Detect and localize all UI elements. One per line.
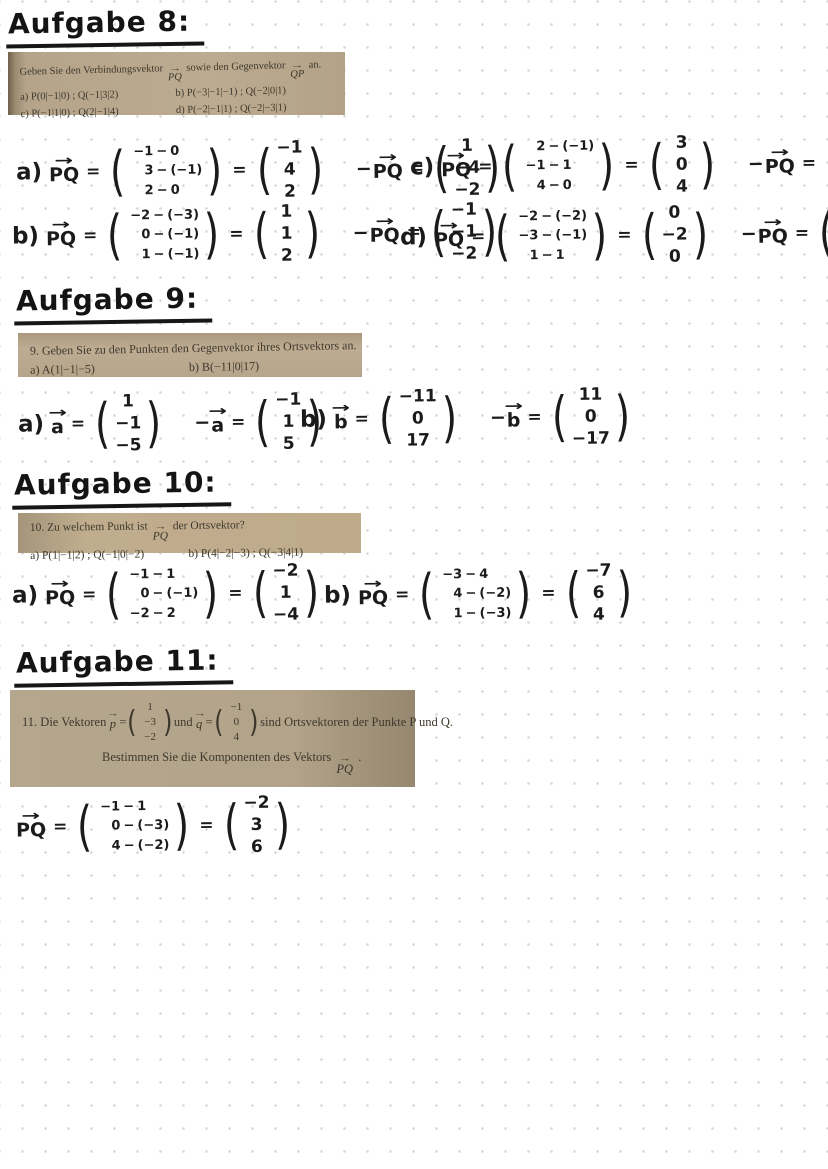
minus-operator: −: [546, 176, 563, 196]
minus-sign: −: [356, 158, 372, 180]
column-vector: (1−3−2): [126, 700, 173, 745]
computation-row: −3−4: [439, 565, 511, 585]
right-paren-icon: ): [174, 801, 190, 850]
minus-operator: −: [153, 142, 170, 162]
computation-row: 4−(−2): [98, 836, 170, 856]
subtrahend: 0: [170, 142, 198, 162]
subtrahend: (−2): [138, 836, 170, 856]
minus-sign: −: [748, 153, 764, 175]
minuend: 1: [127, 245, 150, 265]
subtrahend: 0: [171, 181, 199, 201]
vector-component: 6: [593, 582, 605, 604]
minus-operator: −: [149, 584, 166, 604]
minuend: 2: [131, 181, 154, 201]
scan-content: 9. Geben Sie zu den Punkten den Gegenvek…: [18, 330, 363, 383]
computation-row: 2−0: [131, 180, 203, 200]
vector-component: 3: [676, 132, 688, 154]
equals-sign: =: [82, 585, 96, 605]
minuend: 4: [439, 585, 462, 605]
subtrahend: 1: [166, 565, 194, 585]
minus-operator: −: [150, 206, 167, 226]
heading-aufgabe-9: Aufgabe 9:: [14, 281, 213, 325]
notes-page: Aufgabe 8: Geben Sie den Verbindungsvekt…: [0, 0, 828, 1169]
vector-component: 1: [147, 700, 153, 715]
right-paren-icon: ): [304, 209, 320, 258]
minus-operator: −: [153, 161, 170, 181]
right-paren-icon: ): [699, 140, 715, 189]
vector-components: −104: [224, 700, 248, 745]
minuend: 2: [522, 137, 545, 157]
left-paren-icon: (: [502, 142, 518, 191]
left-paren-icon: (: [214, 709, 223, 736]
exercise-scan-9: 9. Geben Sie zu den Punkten den Gegenvek…: [18, 333, 362, 377]
minus-operator: −: [538, 226, 555, 246]
vector-component: −4: [273, 604, 299, 626]
equals-sign: =: [231, 412, 245, 432]
vector-component: −17: [572, 428, 610, 450]
vector-component: −2: [243, 792, 269, 814]
scan-content: Geben Sie den Verbindungsvektor →PQ sowi…: [7, 48, 346, 127]
scan-line: 11. Die Vektoren →p = (1−3−2) und →q = (…: [22, 700, 407, 745]
item-label: b): [324, 582, 351, 608]
left-paren-icon: (: [641, 211, 657, 260]
vector-name: →p: [108, 711, 117, 734]
minus-operator: −: [150, 245, 167, 265]
left-paren-icon: (: [106, 570, 122, 619]
scan-text: Bestimmen Sie die Komponenten des Vektor…: [102, 750, 334, 764]
minuend: −1: [97, 797, 120, 817]
scan-text: sind Ortsvektoren der Punkte P und Q.: [260, 713, 453, 732]
equals-sign: =: [527, 407, 541, 427]
right-paren-icon: ): [250, 709, 259, 736]
equals-sign: =: [71, 414, 85, 434]
left-paren-icon: (: [565, 569, 581, 618]
vector-arrow-icon: →: [48, 410, 67, 417]
vector-arrow-icon: →: [375, 219, 394, 226]
scan-text: an.: [306, 59, 321, 70]
scan-text: sowie den Gegenvektor: [184, 60, 289, 74]
computation-vector: (−3−44−(−2)1−(−3)): [416, 564, 535, 624]
right-paren-icon: ): [616, 568, 632, 617]
vector-component: 5: [283, 433, 295, 455]
vector-component: −1: [231, 700, 243, 715]
item-label: b): [300, 407, 327, 433]
computation-vector: (2−(−1)−1−14−0): [499, 136, 618, 196]
minuend: 1: [439, 604, 462, 624]
computation-rows: −3−44−(−2)1−(−3): [437, 565, 513, 624]
left-paren-icon: (: [648, 141, 664, 190]
scan-line: Bestimmen Sie die Komponenten des Vektor…: [22, 748, 407, 779]
right-paren-icon: ): [692, 210, 708, 259]
vector-component: 1: [280, 582, 292, 604]
minuend: 4: [98, 836, 121, 856]
minuend: 1: [515, 246, 538, 266]
right-paren-icon: ): [599, 141, 615, 190]
computation-row: 4−0: [523, 176, 595, 196]
subtrahend: (−2): [479, 584, 511, 604]
scan-text: =: [119, 713, 126, 732]
column-vector: (−30−4): [823, 129, 828, 196]
vector-name: →q: [195, 711, 204, 734]
computation-row: 1−(−3): [439, 604, 511, 624]
vector-name: →PQ: [153, 524, 169, 546]
scan-text: .: [355, 750, 361, 764]
computation-vector: (−1−10−(−3)4−(−2)): [74, 796, 193, 856]
vector-arrow-icon: →: [338, 756, 351, 760]
vector-name: →a: [211, 409, 224, 437]
vector-components: −21−4: [270, 560, 301, 627]
vector-name: →PQ: [46, 222, 76, 250]
vector-name: →PQ: [758, 220, 788, 248]
minus-sign: −: [741, 223, 757, 245]
minus-operator: −: [538, 246, 555, 266]
scan-text: d) P(−2|−1|1) ; Q(−2|−3|1): [176, 100, 287, 119]
heading-aufgabe-10: Aufgabe 10:: [12, 465, 231, 509]
vector-arrow-icon: →: [51, 581, 70, 588]
vector-component: −3: [144, 715, 156, 730]
vector-components: 0−20: [659, 202, 690, 269]
vector-arrow-icon: →: [208, 409, 227, 416]
vector-arrow-icon: →: [363, 581, 382, 588]
computation-rows: −1−10−(−1)−2−2: [124, 565, 200, 624]
vector-arrow-icon: →: [22, 813, 41, 820]
computation-rows: −1−10−(−3)4−(−2): [95, 797, 171, 856]
computation-row: −1−0: [130, 141, 202, 161]
computation-rows: 2−(−1)−1−14−0: [520, 136, 596, 195]
scan-text: Geben Sie den Verbindungsvektor: [19, 63, 165, 78]
computation-row: 1−(−1): [127, 244, 199, 264]
right-paren-icon: ): [614, 392, 630, 441]
equals-sign: =: [802, 153, 816, 173]
computation-vector: (−1−10−(−1)−2−2): [103, 564, 222, 624]
vector-component: 1: [280, 201, 292, 223]
equals-sign: =: [795, 223, 809, 243]
vector-name: →PQ: [358, 581, 388, 609]
vector-component: 4: [234, 730, 240, 745]
left-paren-icon: (: [128, 709, 137, 736]
vector-components: 1−1−5: [113, 390, 144, 457]
right-paren-icon: ): [592, 211, 608, 260]
left-paren-icon: (: [551, 393, 567, 442]
column-vector: (−142): [253, 136, 326, 203]
vector-arrow-icon: →: [763, 220, 782, 227]
subtrahend: (−1): [170, 161, 202, 181]
exercise-scan-11: 11. Die Vektoren →p = (1−3−2) und →q = (…: [10, 690, 415, 787]
equals-sign: =: [617, 225, 631, 245]
vector-component: 0: [412, 408, 424, 430]
left-paren-icon: (: [379, 395, 395, 444]
minus-sign: −: [353, 222, 369, 244]
vector-component: −1: [276, 137, 302, 159]
subtrahend: (−3): [167, 205, 199, 225]
vector-arrow-icon: →: [154, 524, 167, 528]
vector-component: 1: [282, 411, 294, 433]
negative-vector-name: −→PQ: [356, 155, 403, 183]
subtrahend: (−1): [562, 137, 594, 157]
item-label: a): [18, 411, 44, 437]
computation-vector: (−2−(−2)−3−(−1)1−1): [492, 206, 611, 266]
minus-operator: −: [149, 565, 166, 585]
computation-row: −3−(−1): [515, 226, 587, 246]
negative-vector-name: −→PQ: [741, 220, 788, 248]
equals-sign: =: [229, 224, 243, 244]
minus-operator: −: [545, 137, 562, 157]
minuend: 0: [97, 817, 120, 837]
right-paren-icon: ): [442, 394, 458, 443]
vector-name: →PQ: [45, 581, 75, 609]
scan-text: c) P(−1|1|0) ; Q(2|−1|4): [20, 103, 176, 123]
scan-content: 11. Die Vektoren →p = (1−3−2) und →q = (…: [10, 690, 415, 783]
vector-component: −2: [662, 224, 688, 246]
vector-component: 0: [668, 202, 680, 224]
subtrahend: (−1): [167, 244, 199, 264]
right-paren-icon: ): [303, 568, 319, 617]
minus-operator: −: [121, 836, 138, 856]
vector-arrow-icon: →: [168, 66, 181, 70]
vector-name: →PQ: [765, 150, 795, 178]
right-paren-icon: ): [203, 569, 219, 618]
minuend: 0: [127, 225, 150, 245]
vector-arrow-icon: →: [378, 155, 397, 162]
negative-vector-name: −→a: [194, 409, 224, 437]
vector-component: 17: [406, 430, 430, 452]
vector-component: −1: [275, 389, 301, 411]
vector-arrow-icon: →: [331, 405, 350, 412]
solution-9a: a)→a=(1−1−5)−→a=(−115): [18, 388, 325, 457]
equals-sign: =: [232, 160, 246, 180]
computation-row: 1−1: [515, 245, 587, 265]
minus-operator: −: [154, 181, 171, 201]
minus-operator: −: [150, 225, 167, 245]
vector-component: 11: [579, 384, 603, 406]
computation-rows: −2−(−3)0−(−1)1−(−1): [125, 205, 201, 264]
scan-text: 10. Zu welchem Punkt ist: [30, 520, 151, 533]
vector-name: →PQ: [168, 66, 182, 87]
vector-component: 1: [281, 223, 293, 245]
solution-8c: c)→PQ=(2−(−1)−1−14−0)=(304)−→PQ=(−30−4): [410, 129, 828, 200]
subtrahend: 4: [479, 565, 507, 585]
minuend: −2: [127, 604, 150, 624]
negative-vector-name: −→PQ: [748, 150, 795, 178]
minuend: −3: [515, 226, 538, 246]
vector-components: 1−3−2: [138, 700, 162, 745]
vector-name: →PQ: [441, 153, 471, 181]
minuend: −3: [439, 565, 462, 585]
equals-sign: =: [395, 585, 409, 605]
right-paren-icon: ): [207, 146, 223, 195]
column-vector: (−104): [213, 700, 260, 745]
computation-vector: (−1−03−(−1)2−0): [107, 141, 226, 201]
vector-name: →PQ: [434, 223, 464, 251]
minuend: −2: [515, 207, 538, 227]
subtrahend: 1: [137, 797, 165, 817]
computation-row: −2−(−3): [127, 205, 199, 225]
computation-row: −1−1: [522, 156, 594, 176]
solution-10a: a)→PQ=(−1−10−(−1)−2−2)=(−21−4): [12, 559, 323, 629]
subtrahend: (−1): [166, 584, 198, 604]
vector-arrow-icon: →: [107, 711, 120, 715]
minuend: −2: [127, 206, 150, 226]
column-vector: (−21−4): [249, 559, 322, 626]
negative-vector-name: −→b: [490, 404, 521, 432]
scan-text: 9. Geben Sie zu den Punkten den Gegenvek…: [30, 338, 357, 358]
minuend: −1: [130, 142, 153, 162]
left-paren-icon: (: [255, 398, 271, 447]
heading-aufgabe-8: Aufgabe 8:: [6, 4, 205, 48]
item-label: a): [16, 159, 42, 185]
vector-components: −236: [241, 792, 272, 859]
vector-arrow-icon: →: [291, 63, 304, 67]
right-paren-icon: ): [274, 800, 290, 849]
vector-component: 0: [585, 406, 597, 428]
item-label: d): [400, 224, 427, 250]
subtrahend: 1: [555, 246, 583, 266]
vector-component: 4: [284, 159, 296, 181]
left-paren-icon: (: [819, 209, 828, 258]
scan-text: und: [174, 713, 193, 732]
vector-component: −7: [585, 560, 611, 582]
right-paren-icon: ): [307, 145, 323, 194]
right-paren-icon: ): [204, 210, 220, 259]
vector-components: 110−17: [569, 383, 612, 450]
vector-component: 3: [251, 814, 263, 836]
equals-sign: =: [478, 157, 492, 177]
left-paren-icon: (: [419, 570, 435, 619]
item-label: c): [410, 154, 434, 180]
left-paren-icon: (: [107, 211, 123, 260]
minus-operator: −: [462, 604, 479, 624]
minus-operator: −: [545, 156, 562, 176]
equals-sign: =: [471, 227, 485, 247]
vector-components: 112: [271, 201, 302, 268]
computation-row: −2−2: [127, 604, 199, 624]
vector-arrow-icon: →: [770, 150, 789, 157]
column-vector: (0−20): [638, 201, 711, 268]
vector-arrow-icon: →: [55, 158, 74, 165]
column-vector: (304): [645, 131, 718, 198]
vector-arrow-icon: →: [504, 404, 523, 411]
subtrahend: (−1): [555, 226, 587, 246]
vector-component: −2: [144, 730, 156, 745]
vector-component: −2: [272, 560, 298, 582]
vector-name: →b: [334, 405, 348, 433]
vector-name: →QP: [290, 63, 304, 84]
computation-row: 4−(−2): [439, 584, 511, 604]
computation-vector: (−2−(−3)0−(−1)1−(−1)): [104, 205, 223, 265]
vector-components: −11017: [397, 385, 440, 452]
right-paren-icon: ): [163, 709, 172, 736]
vector-name: →PQ: [373, 155, 403, 183]
solution-10b: b)→PQ=(−3−44−(−2)1−(−3))=(−764): [324, 559, 635, 629]
column-vector: (1−1−5): [92, 390, 165, 457]
minus-operator: −: [150, 604, 167, 624]
vector-name: →a: [51, 410, 64, 438]
exercise-scan-8: Geben Sie den Verbindungsvektor →PQ sowi…: [8, 52, 345, 115]
column-vector: (110−17): [548, 383, 633, 450]
computation-row: 0−(−1): [127, 225, 199, 245]
exercise-scan-10: 10. Zu welchem Punkt ist →PQ der Ortsvek…: [18, 513, 361, 553]
heading-aufgabe-11: Aufgabe 11:: [14, 643, 233, 687]
left-paren-icon: (: [223, 801, 239, 850]
subtrahend: (−3): [137, 816, 169, 836]
vector-component: 0: [676, 154, 688, 176]
left-paren-icon: (: [252, 569, 268, 618]
minus-operator: −: [462, 584, 479, 604]
minus-operator: −: [120, 817, 137, 837]
left-paren-icon: (: [95, 399, 111, 448]
vector-component: 4: [676, 176, 688, 198]
vector-component: 2: [281, 245, 293, 267]
minuend: 4: [523, 176, 546, 196]
equals-sign: =: [354, 409, 368, 429]
column-vector: (−11017): [376, 385, 461, 452]
solution-11: →PQ=(−1−10−(−3)4−(−2))=(−236): [16, 792, 293, 861]
left-paren-icon: (: [253, 210, 269, 259]
left-paren-icon: (: [495, 212, 511, 261]
computation-row: 0−(−3): [97, 816, 169, 836]
vector-component: 0: [234, 715, 240, 730]
right-paren-icon: ): [516, 569, 532, 618]
computation-row: 3−(−1): [130, 161, 202, 181]
computation-row: −2−(−2): [515, 206, 587, 226]
scan-text: =: [206, 713, 213, 732]
equals-sign: =: [53, 817, 67, 837]
column-vector: (112): [250, 200, 323, 267]
scan-text: der Ortsvektor?: [170, 519, 245, 532]
minus-operator: −: [120, 797, 137, 817]
computation-row: 0−(−1): [126, 584, 198, 604]
subtrahend: 2: [167, 604, 195, 624]
vector-arrow-icon: →: [193, 711, 206, 715]
vector-component: −11: [399, 385, 437, 407]
equals-sign: =: [624, 155, 638, 175]
vector-component: 4: [593, 604, 605, 626]
scan-line: 10. Zu welchem Punkt ist →PQ der Ortsvek…: [30, 516, 353, 548]
minuend: −1: [126, 565, 149, 585]
vector-arrow-icon: →: [447, 153, 466, 160]
vector-component: −1: [115, 412, 141, 434]
solution-9b: b)→b=(−11017)−→b=(110−17): [300, 383, 633, 453]
subtrahend: 0: [563, 176, 591, 196]
vector-component: 0: [669, 246, 681, 268]
computation-row: 2−(−1): [522, 137, 594, 157]
vector-component: 6: [251, 836, 263, 858]
vector-name: →PQ: [369, 219, 399, 247]
minuend: 0: [126, 585, 149, 605]
vector-components: −764: [583, 560, 614, 627]
minus-operator: −: [538, 207, 555, 227]
equals-sign: =: [199, 816, 213, 836]
scan-text: a) A(1|−1|−5): [30, 358, 189, 379]
vector-name: →PQ: [336, 756, 353, 779]
left-paren-icon: (: [256, 146, 272, 195]
column-vector: (−764): [562, 559, 635, 626]
left-paren-icon: (: [77, 802, 93, 851]
item-label: b): [12, 223, 39, 249]
equals-sign: =: [228, 583, 242, 603]
right-paren-icon: ): [146, 399, 162, 448]
scan-text: b) B(−11|0|17): [189, 356, 259, 376]
vector-components: −142: [274, 137, 305, 204]
subtrahend: (−3): [479, 604, 511, 624]
minus-operator: −: [462, 565, 479, 585]
solution-8d: d)→PQ=(−2−(−2)−3−(−1)1−1)=(0−20)−→PQ=(02…: [400, 199, 828, 270]
computation-row: −1−1: [126, 565, 198, 585]
vector-component: −5: [115, 435, 141, 457]
negative-vector-name: −→PQ: [353, 219, 400, 247]
vector-arrow-icon: →: [52, 222, 71, 229]
vector-arrow-icon: →: [440, 223, 459, 230]
